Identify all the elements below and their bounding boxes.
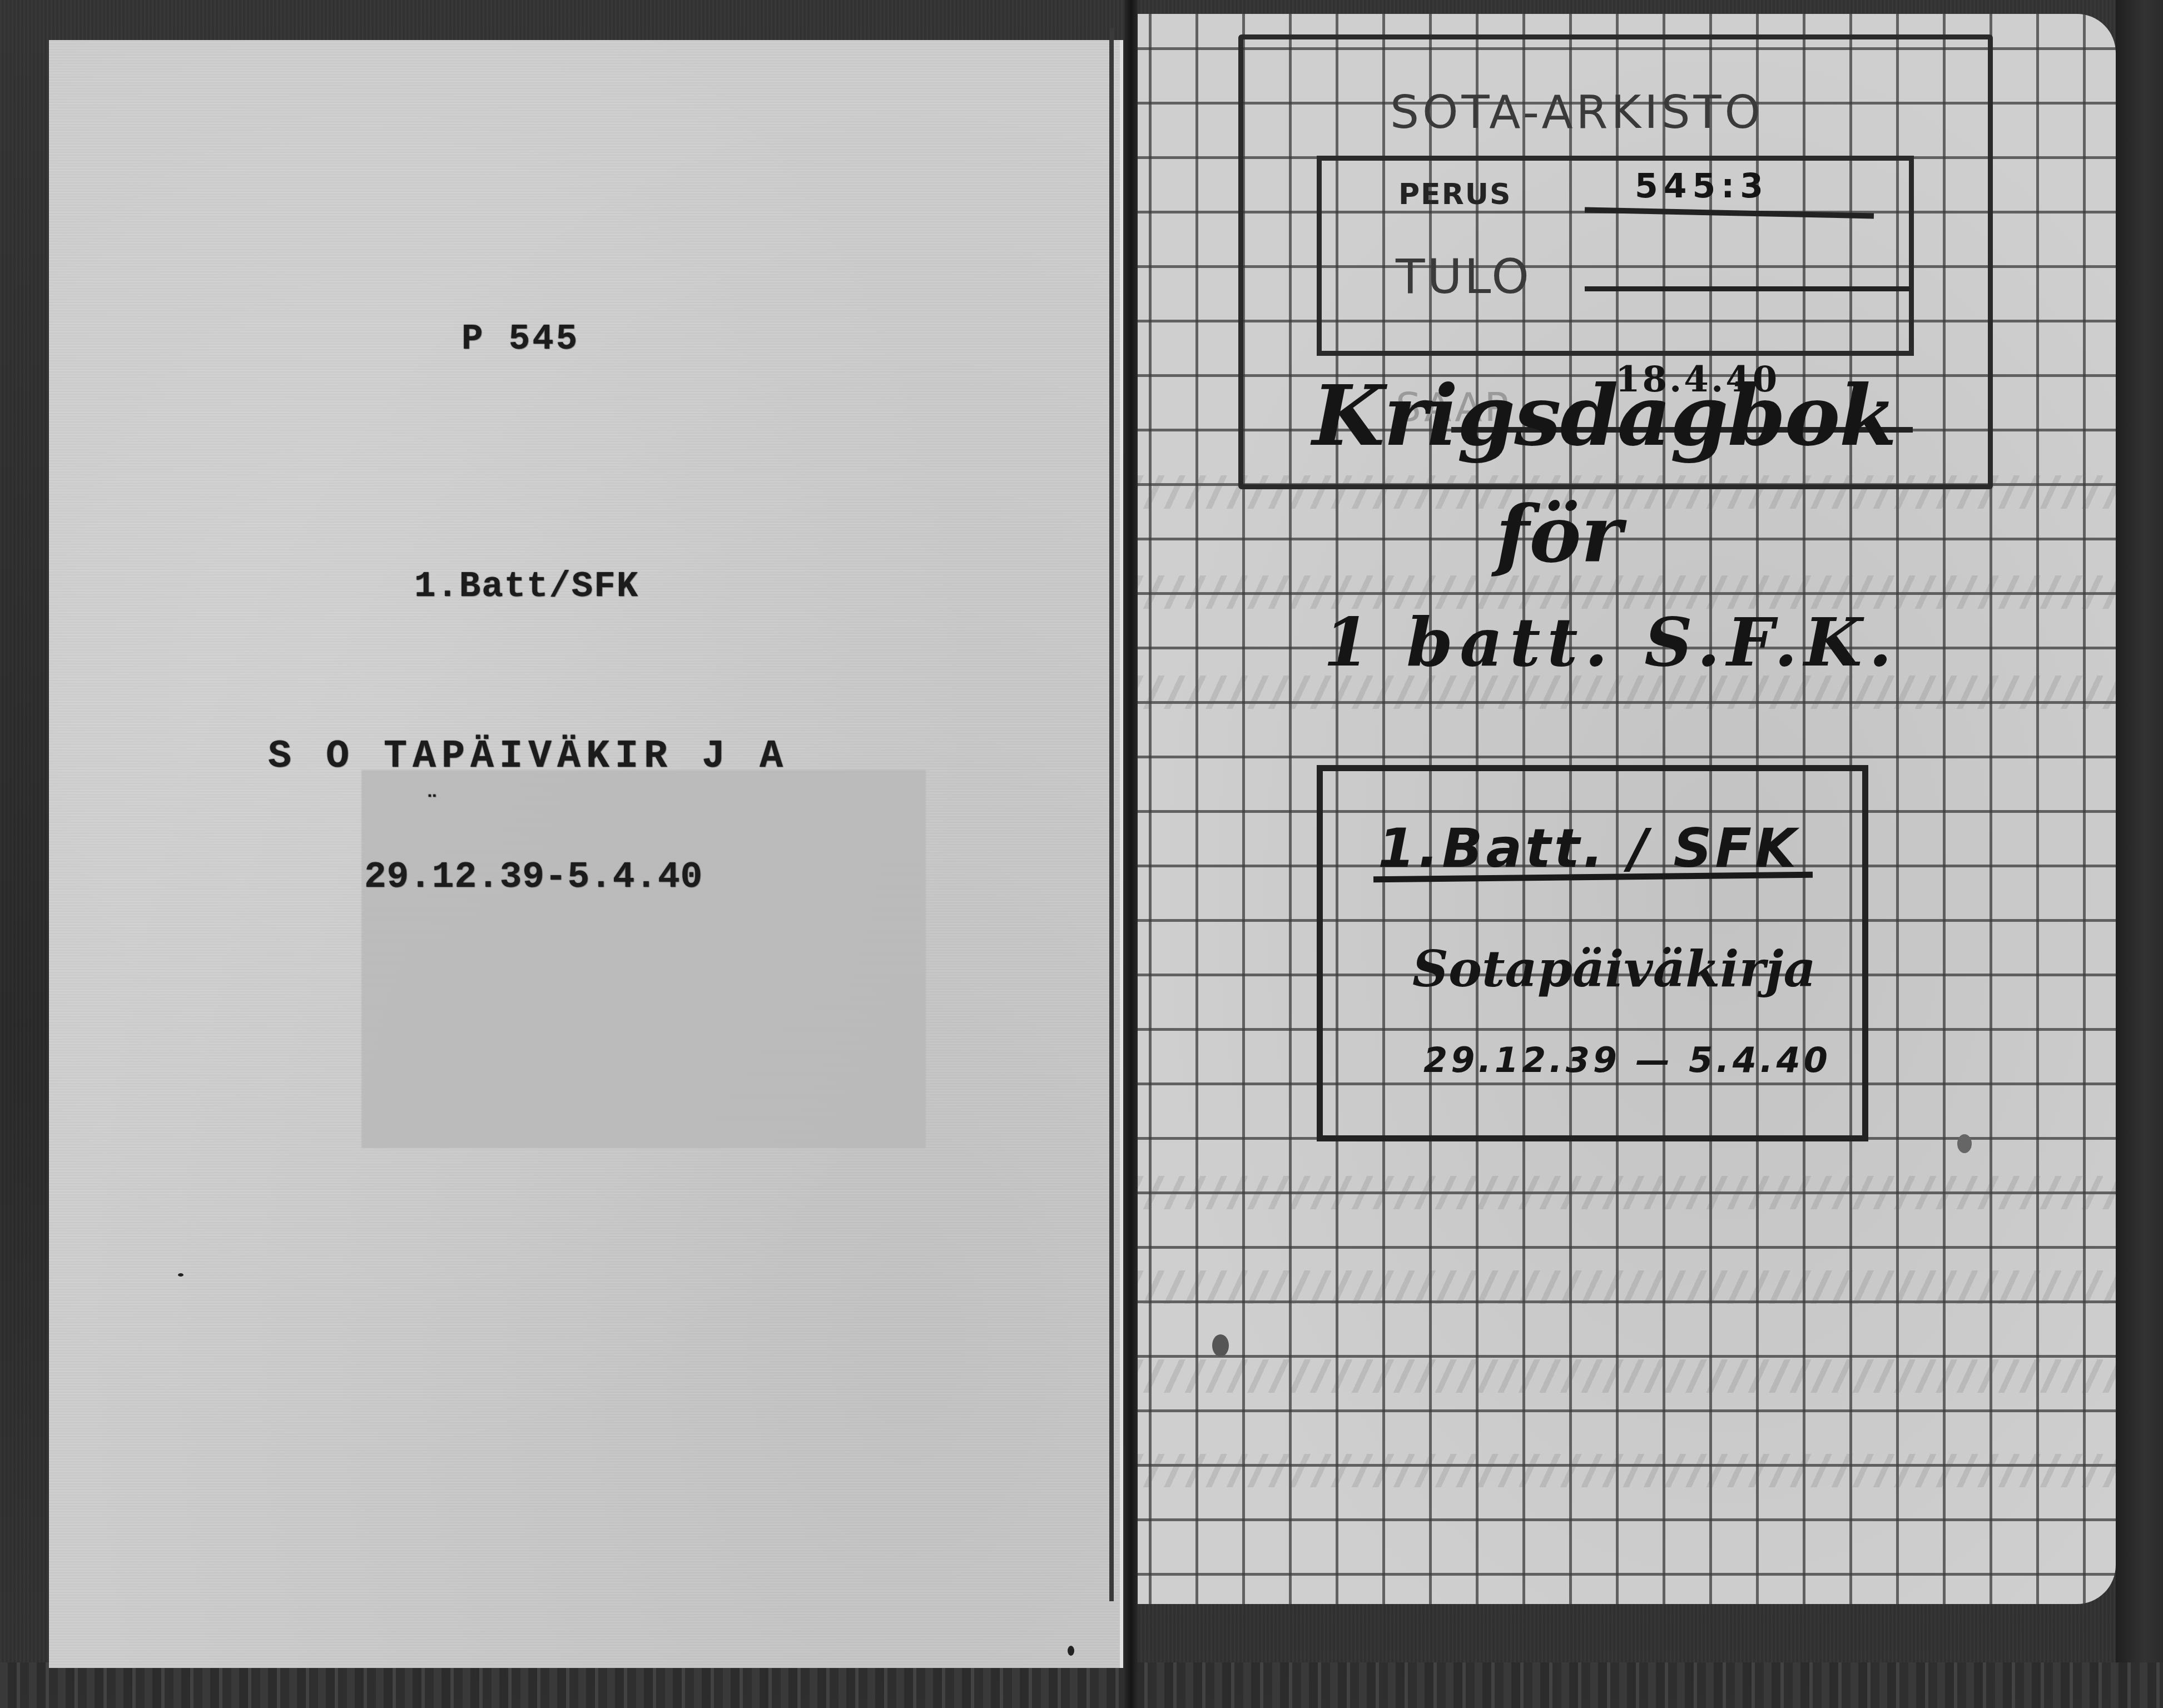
ink-speck — [178, 1273, 183, 1277]
stamp-label-tulo: TULO — [1396, 249, 1531, 305]
unit-name: 1.Batt/SFK — [414, 567, 639, 607]
left-page — [49, 40, 1123, 1668]
stain — [1957, 1134, 1972, 1153]
gray-paper-patch — [361, 770, 926, 1148]
date-range: 29.12.39-5.4.40 — [364, 856, 703, 898]
document-title: S O TAPÄIVÄKIR J A — [268, 735, 788, 779]
book-spine — [1124, 0, 1138, 1708]
stamp-title: SOTA-ARKISTO — [1390, 86, 1764, 139]
page-margin-line — [1109, 28, 1114, 1601]
stamp-label-perus: PERUS — [1398, 178, 1511, 211]
bleed-through — [1138, 1359, 2116, 1393]
archive-reference: P 545 — [462, 320, 579, 360]
label-title: Sotapäiväkirja — [1412, 940, 1816, 999]
handwritten-for: för — [1496, 489, 1622, 580]
handwritten-receipt-date: 18.4.40 — [1615, 359, 1779, 400]
bleed-through — [1138, 1454, 2116, 1487]
stain — [1212, 1334, 1229, 1357]
bleed-through — [1138, 1270, 2116, 1304]
background-surface-right — [2116, 0, 2163, 1708]
label-unit: 1.Batt. / SFK — [1378, 817, 1799, 880]
background-surface-bottom — [0, 1662, 2163, 1708]
stray-umlaut-mark: ¨ — [425, 792, 439, 817]
bleed-through — [1138, 1176, 2116, 1209]
handwritten-unit: 1 batt. S.F.K. — [1323, 603, 1898, 682]
stamp-value-perus: 545:3 — [1635, 167, 1769, 206]
handwritten-title: Krigsdagbok — [1312, 367, 1896, 465]
ink-speck — [1068, 1646, 1074, 1656]
label-date-range: 29.12.39 — 5.4.40 — [1423, 1040, 1831, 1080]
stamp-line-tulo — [1585, 286, 1910, 291]
